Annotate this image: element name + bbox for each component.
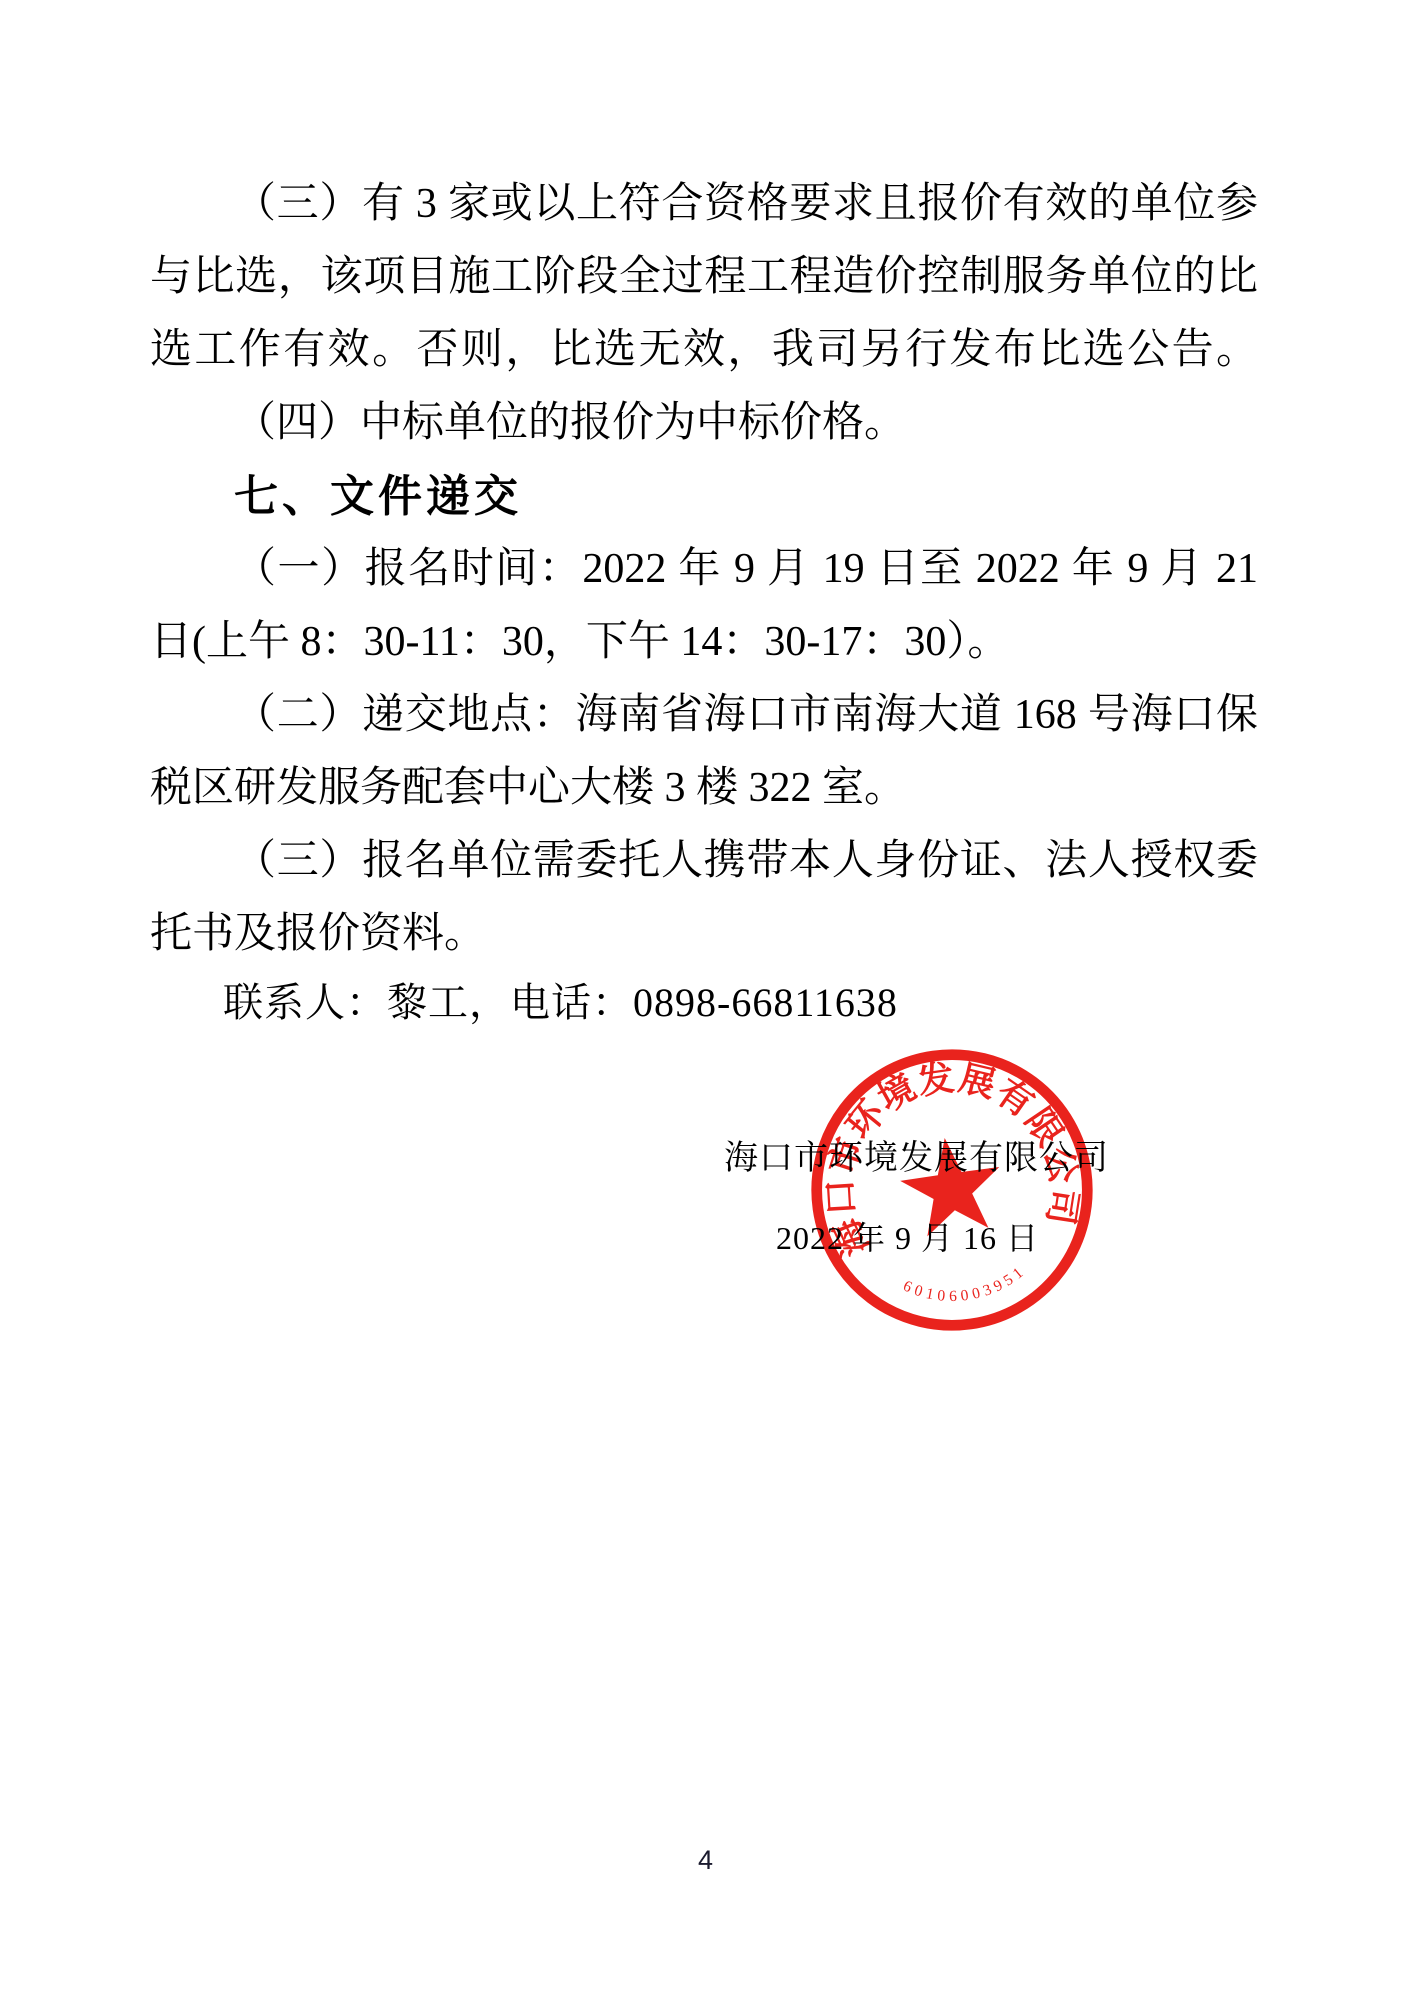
document-page: （三）有 3 家或以上符合资格要求且报价有效的单位参 与比选，该项目施工阶段全过…: [0, 0, 1411, 1995]
body-line-9: 税区研发服务配套中心大楼 3 楼 322 室。: [150, 752, 1258, 825]
document-body: （三）有 3 家或以上符合资格要求且报价有效的单位参 与比选，该项目施工阶段全过…: [150, 168, 1258, 971]
body-line-4: （四）中标单位的报价为中标价格。: [150, 387, 1258, 460]
body-line-6: （一）报名时间：2022 年 9 月 19 日至 2022 年 9 月 21: [150, 533, 1258, 606]
body-line-3: 选工作有效。否则，比选无效，我司另行发布比选公告。: [150, 314, 1258, 387]
body-line-8: （二）递交地点：海南省海口市南海大道 168 号海口保: [150, 679, 1258, 752]
company-seal: 海口市环境发展有限公司 4601060039510: [787, 1025, 1117, 1355]
section-heading: 七、文件递交: [150, 460, 1258, 533]
page-number: 4: [0, 1845, 1411, 1876]
body-line-1: （三）有 3 家或以上符合资格要求且报价有效的单位参: [150, 168, 1258, 241]
seal-star-icon: [895, 1131, 1007, 1239]
body-line-10: （三）报名单位需委托人携带本人身份证、法人授权委: [150, 825, 1258, 898]
body-line-2: 与比选，该项目施工阶段全过程工程造价控制服务单位的比: [150, 241, 1258, 314]
body-line-7: 日(上午 8：30-11：30，下午 14：30-17：30）。: [150, 606, 1258, 679]
contact-line: 联系人：黎工，电话：0898-66811638: [223, 980, 898, 1026]
body-line-11: 托书及报价资料。: [150, 898, 1258, 971]
